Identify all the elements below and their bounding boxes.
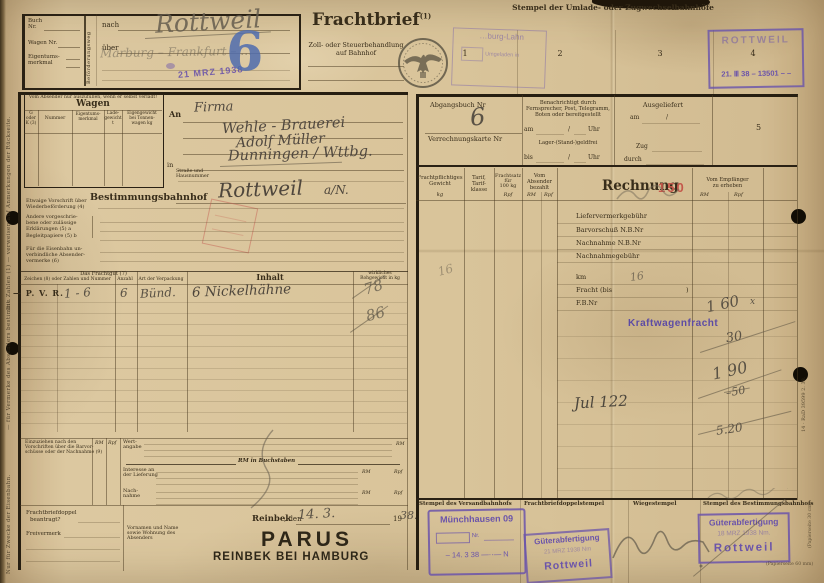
rule (24, 133, 162, 134)
form-print-code: 14 · RaD 39599 2. 38. (802, 377, 808, 432)
am2-label: am (630, 115, 639, 122)
doppel-beantragt-label: Frachtbriefdoppel (26, 510, 77, 516)
sender-company-city: REINBEK BEI HAMBURG (213, 551, 369, 564)
margin-note-right: (Papierseite 30 cm) (808, 503, 813, 548)
rule (308, 66, 404, 67)
rpf-label: Rpf (394, 470, 402, 475)
inhalt-col-header: Inhalt (187, 273, 353, 282)
am-label: am (524, 127, 533, 134)
divider (120, 438, 121, 505)
stamp-inner-box (461, 47, 483, 62)
durch-label: durch (624, 157, 642, 164)
bestimmung-handwriting: Rottweil (218, 177, 304, 202)
verpackung-col-header: Art der Verpackung (135, 278, 187, 283)
empfaenger-header2: zu erheben (692, 184, 763, 190)
umlade-cell-3: 3 (650, 50, 670, 59)
transfer-stamp-faint: …burg-Lahn Umgeladen in (451, 27, 547, 88)
rule (557, 249, 797, 250)
rule (26, 549, 120, 550)
wagen-nr-label: Wagen Nr. (28, 40, 57, 46)
kraftwagenfracht-stamp: Kraftwagenfracht (628, 318, 718, 329)
rule (66, 59, 80, 60)
slash: / (568, 127, 570, 134)
rule (557, 236, 797, 237)
stamp-mark (212, 228, 244, 236)
rule (64, 537, 120, 538)
rule (416, 200, 797, 201)
slash: / (568, 155, 570, 162)
verrechnungskarte-label: Verrechnungskarte Nr (428, 136, 502, 143)
rule (642, 123, 700, 124)
doppel-beantragt-label2: beantragt? (30, 517, 60, 523)
brace (92, 216, 93, 238)
zeichen-col-header: Zeichen (8) oder Zahlen und Nummer (20, 278, 115, 283)
rule (100, 261, 404, 262)
doppel-stamp-line2: 21 MRZ 1938 Nm (527, 545, 609, 557)
umlade-heading: Stempel der Umlade- oder Zugwechselbahnh… (478, 4, 748, 12)
rule (178, 170, 404, 171)
rule (66, 67, 80, 68)
frachtbrief-scan: Buch Nr. Wagen Nr. Eigentums- merkmal Be… (0, 0, 824, 583)
rule (100, 240, 404, 241)
pencil-scribble (612, 183, 682, 209)
rule (44, 30, 80, 31)
page-number: 5 (756, 124, 761, 133)
divider (92, 438, 93, 505)
rule (20, 505, 408, 506)
uhr-label: Uhr (588, 127, 600, 134)
versandbahnhof-header: Stempel des Versandbahnhofs (419, 501, 512, 507)
margin-note-left3: Nur für Zwecke der Eisenbahn. (6, 474, 12, 574)
frachtsatz-header3: 100 kg (494, 184, 522, 189)
km-handwriting: 16 (629, 270, 645, 284)
bestimmung-stamp-line3: Rottweil (700, 541, 788, 555)
rule (536, 162, 564, 163)
fbnr-label: F.B.Nr (576, 300, 597, 307)
rule (308, 80, 404, 81)
rpf-header: Rpf (544, 193, 553, 199)
rule (100, 252, 404, 253)
tarif-header3: klasse (464, 188, 494, 194)
goods-verpackung-handwriting: Bünd. (140, 286, 176, 301)
rpf-label: Rpf (394, 491, 402, 496)
frame-border (407, 95, 408, 570)
strasse-label2: Hausnummer (176, 174, 209, 179)
divider (38, 110, 39, 186)
rm-header: RM (527, 193, 536, 199)
document-title: Frachtbrief(1) (312, 11, 431, 30)
benachrichtigt-label3: Boten oder bereitgestellt (522, 113, 614, 119)
header-bottom-border (416, 165, 797, 167)
interesse-label2: der Lieferung (123, 473, 158, 479)
date-handwriting: 14. 3. (298, 507, 336, 523)
ausgeliefert-label: Ausgeliefert (614, 102, 712, 109)
rpf-header: Rpf (734, 193, 743, 199)
slash: / (666, 115, 668, 122)
anzahl-col-header: Anzahl (113, 278, 137, 283)
wagen-col-nummer: Nummer (38, 116, 72, 121)
rm-label: RM (362, 470, 371, 475)
pencil-curve (243, 428, 283, 514)
goods-row-prefix: — P. V. R. (13, 289, 64, 298)
rule (100, 231, 404, 232)
versand-stamp: Münchhausen 09 Nr. – 14. 3 38 —··— N (427, 508, 526, 576)
gewicht-header2: Gewicht (417, 182, 463, 188)
divider (541, 192, 542, 498)
erklaerungen-label3: Erklärungen (5) a (26, 227, 71, 233)
fracht-close: ) (686, 287, 689, 294)
reichsbahn-eagle-stamp-icon (396, 36, 450, 94)
rm-right: RM (396, 442, 405, 447)
divider (522, 168, 523, 498)
wagen-col-gk3: K (3) (24, 122, 38, 127)
freivermerk-label: Freivermerk (26, 531, 61, 537)
wiederbefoerderung-label2: Wiederbeförderung (4) (26, 205, 84, 211)
versand-stamp-date: – 14. 3 38 —··— N (430, 550, 524, 560)
absender-bezahlt-header3: bezahlt (522, 186, 557, 192)
route-vertical-label: Beförderungsweg (87, 31, 93, 84)
consignee-line-firma: Firma (194, 100, 234, 116)
bestimmung-suffix: a/N. (324, 184, 349, 197)
rule (58, 47, 80, 48)
rottweil-arrival-stamp: ROTTWEIL 21. Ⅲ 38 – 13501 – – (707, 28, 804, 89)
goods-anzahl-handwriting: 6 (120, 287, 128, 300)
arrival-stamp-city: ROTTWEIL (710, 34, 802, 47)
rm-header: RM (700, 193, 709, 199)
rule (296, 524, 390, 525)
divider (106, 438, 107, 505)
rule (652, 151, 702, 152)
rule (574, 162, 586, 163)
doppel-stamp-line3: Rottweil (527, 557, 610, 574)
uhr-label: Uhr (588, 155, 600, 162)
km-label: km (576, 274, 586, 281)
rule (26, 561, 120, 562)
begleitpapiere-label: Begleitpapiere (5) b (26, 234, 77, 240)
zoll-note2: auf Bahnhof (306, 50, 406, 57)
rule (20, 438, 408, 439)
fee-row-4: Nachnahmegebühr (576, 253, 639, 260)
arrival-stamp-date: 21. Ⅲ 38 – 13501 – – (708, 69, 804, 79)
fee-row-2: Barvorschuß N.B.Nr (576, 227, 643, 234)
rm-header: RM (95, 441, 104, 446)
rule (536, 134, 564, 135)
rule (98, 208, 404, 209)
rule (646, 164, 704, 165)
ruled-lines (20, 302, 407, 432)
nachnahme-label2: nahme (123, 494, 140, 500)
margin-note-left2: — für Vermerke des Absenders bestimmt. (6, 298, 12, 430)
bestimmungsbahnhof-label: Bestimmungsbahnhof (90, 193, 207, 203)
divider (494, 168, 495, 498)
doppelstempel-header: Frachtbriefdoppelstempel (524, 501, 604, 507)
rule (484, 539, 514, 541)
bestimmung-stamp-line1: Güterabfertigung (700, 517, 788, 528)
fee-row-3: Nachnahme N.B.Nr (576, 240, 641, 247)
bis-label: bis (524, 155, 533, 162)
stamp-smudge (166, 63, 175, 69)
divider (96, 14, 97, 86)
transfer-stamp-line1: …burg-Lahn (462, 32, 542, 44)
wagen-col-lade3: t (104, 122, 122, 127)
wiegestempel-header: Wiegestempel (633, 501, 676, 507)
nach-label: nach (102, 22, 119, 30)
fee-row-1: Liefervermerkgebühr (576, 213, 647, 220)
bestimmung-stamp: Güterabfertigung 18 MRZ 1938 Nm. Rottwei… (698, 512, 791, 564)
in-label: in (167, 162, 173, 169)
divider (712, 95, 713, 165)
margin-note-left: Die Zahlen (1) — verweisen auf Anmerkung… (6, 116, 12, 310)
rm-label: RM (362, 491, 371, 496)
freight-note-handwriting: Jul 122 (574, 393, 629, 412)
versand-stamp-city: Münchhausen 09 (430, 514, 524, 526)
wagen-table-title: Wagen (24, 100, 162, 110)
emphasis-rule (298, 464, 400, 465)
lagergeld-label: Lager-(Stand-)geldfrei (522, 141, 614, 147)
absender-hint3: Absenders (127, 536, 153, 541)
goods-marks-handwriting: 1 - 6 (64, 286, 92, 301)
faint-red-stamp (202, 199, 259, 254)
rule (557, 223, 797, 224)
crayon-number: 6 (225, 21, 265, 82)
ruled-lines (557, 336, 797, 496)
rule (557, 297, 797, 298)
divider (464, 168, 465, 498)
hole-punch (791, 209, 806, 224)
stamp-inner-box (436, 532, 470, 544)
fracht-bis-label: Fracht (bis (576, 287, 612, 294)
wertangabe-label2: angabe (123, 445, 142, 451)
papier-note: (Papierseite 60 mm) (766, 562, 813, 567)
emphasis-rule (126, 464, 236, 465)
buch-nr-label2: Nr. (28, 24, 37, 30)
rule (574, 134, 586, 135)
barvorschuss-box-label3: schüsse oder der Nachnahme (9) (25, 450, 102, 455)
versand-stamp-nr: Nr. (472, 533, 480, 540)
rule (78, 522, 120, 523)
rule (425, 133, 522, 134)
wagen-col-eigentum2: merkmal (72, 118, 104, 123)
frachtsatz-header4: Rpf (494, 193, 522, 199)
amount-1-check: x (750, 298, 755, 308)
an-label: An (169, 110, 181, 119)
doppel-stamp: Güterabfertigung 21 MRZ 1938 Nm Rottweil (523, 528, 612, 583)
rule (100, 222, 404, 223)
transfer-stamp-line2: Umgeladen in (485, 52, 519, 59)
year-handwriting: 38. (400, 510, 418, 522)
sender-company: PARUS (261, 528, 353, 551)
absendervermerke-label3: vermerke (6) (26, 259, 59, 265)
umlade-cell-2: 2 (550, 50, 570, 59)
frame-border (797, 95, 798, 500)
rpf-header: Rpf (108, 441, 116, 446)
divider (615, 30, 616, 94)
divider (123, 505, 124, 571)
rule (557, 310, 797, 311)
frame-border (416, 94, 798, 97)
abgangsbuch-handwriting: 6 (469, 103, 487, 131)
wagen-col-eigengewicht3: wagen kg (122, 122, 162, 127)
gewicht-header3: kg (417, 193, 463, 199)
rule (557, 262, 797, 263)
pencil-squiggle (704, 487, 799, 506)
rule (557, 284, 797, 285)
eigentum-label2: merkmal (28, 60, 53, 66)
zug-label: Zug (636, 144, 648, 151)
